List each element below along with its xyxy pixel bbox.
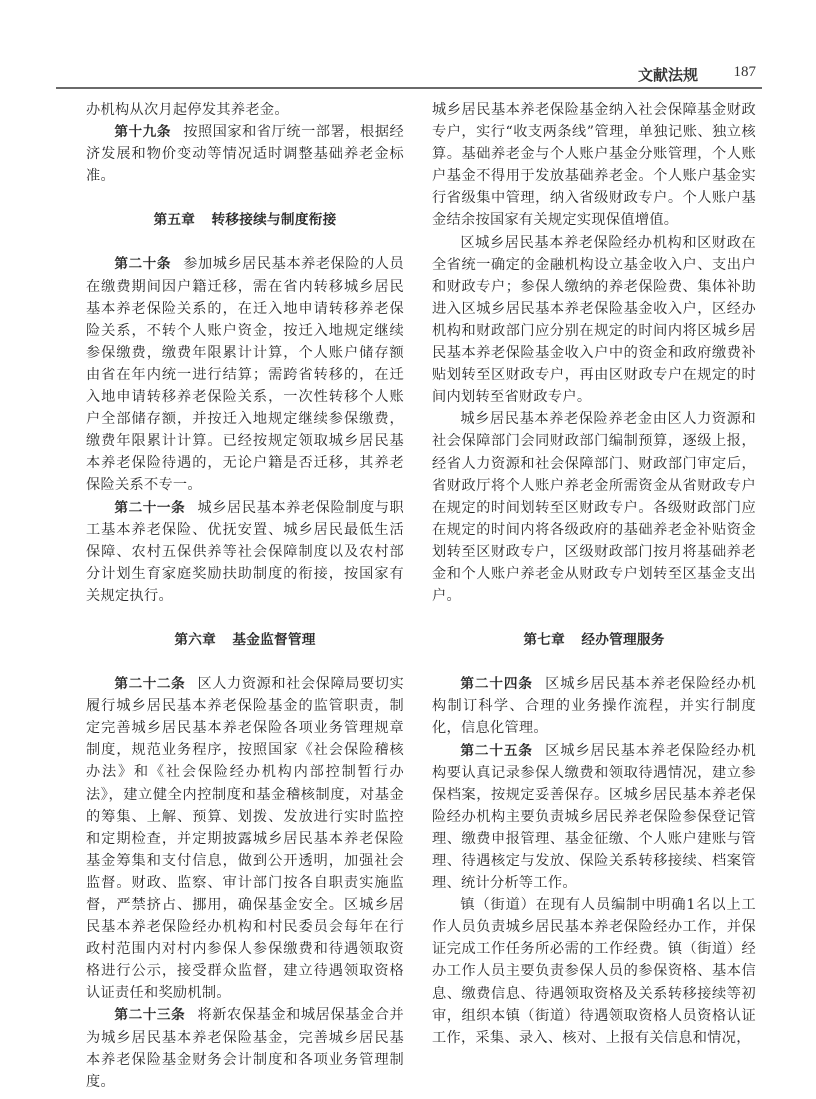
article-21: 第二十一条城乡居民基本养老保险制度与职工基本养老保险、优抚安置、城乡居民最低生活… (86, 497, 404, 607)
article-label: 第二十一条 (114, 500, 185, 516)
article-20: 第二十条参加城乡居民基本养老保险的人员在缴费期间因户籍迁移，需在省内转移城乡居民… (86, 253, 404, 496)
chapter-6-heading: 第六章基金监督管理 (86, 629, 404, 651)
left-column: 办机构从次月起停发其养老金。 第十九条按照国家和省厅统一部署，根据经济发展和物价… (86, 99, 404, 1093)
paragraph: 城乡居民基本养老保险养老金由区人力资源和社会保障部门会同财政部门编制预算，逐级上… (432, 408, 756, 607)
chapter-7-heading: 第七章经办管理服务 (432, 629, 756, 651)
paragraph-continuation: 办机构从次月起停发其养老金。 (86, 99, 404, 121)
page-header: 文献法规 187 (56, 58, 762, 89)
article-19: 第十九条按照国家和省厅统一部署，根据经济发展和物价变动等情况适时调整基础养老金标… (86, 121, 404, 187)
article-label: 第十九条 (114, 124, 171, 140)
page-number: 187 (734, 64, 757, 81)
right-column: 城乡居民基本养老保险基金纳入社会保障基金财政专户，实行“收支两条线”管理，单独记… (432, 99, 756, 1049)
article-label: 第二十三条 (114, 1007, 185, 1023)
article-text: 参加城乡居民基本养老保险的人员在缴费期间因户籍迁移，需在省内转移城乡居民基本养老… (86, 256, 404, 493)
chapter-title: 转移接续与制度衔接 (211, 212, 336, 228)
article-label: 第二十二条 (114, 676, 185, 692)
article-text: 区人力资源和社会保障局要切实履行城乡居民基本养老保险基金的监管职责，制定完善城乡… (86, 676, 419, 1001)
paragraph-continuation: 城乡居民基本养老保险基金纳入社会保障基金财政专户，实行“收支两条线”管理，单独记… (432, 99, 756, 232)
chapter-number: 第六章 (174, 632, 216, 648)
article-label: 第二十五条 (460, 743, 533, 759)
paragraph: 区城乡居民基本养老保险经办机构和区财政在全省统一确定的金融机构设立基金收入户、支… (432, 232, 756, 409)
article-24: 第二十四条区城乡居民基本养老保险经办机构制订科学、合理的业务操作流程，并实行制度… (432, 673, 756, 739)
paragraph: 镇（街道）在现有人员编制中明确1名以上工作人员负责城乡居民基本养老保险经办工作，… (432, 894, 756, 1049)
article-label: 第二十四条 (460, 676, 533, 692)
chapter-number: 第七章 (523, 632, 565, 648)
chapter-title: 经办管理服务 (581, 632, 664, 648)
chapter-number: 第五章 (153, 212, 195, 228)
article-22: 第二十二条区人力资源和社会保障局要切实履行城乡居民基本养老保险基金的监管职责，制… (86, 673, 404, 1004)
chapter-title: 基金监督管理 (232, 632, 315, 648)
section-title: 文献法规 (638, 64, 698, 85)
chapter-5-heading: 第五章转移接续与制度衔接 (86, 209, 404, 231)
article-23: 第二十三条将新农保基金和城居保基金合并为城乡居民基本养老保险基金，完善城乡居民基… (86, 1004, 404, 1092)
article-25: 第二十五条区城乡居民基本养老保险经办机构要认真记录参保人缴费和领取待遇情况，建立… (432, 740, 756, 895)
article-text: 区城乡居民基本养老保险经办机构要认真记录参保人缴费和领取待遇情况，建立参保档案，… (432, 743, 756, 892)
article-label: 第二十条 (114, 256, 171, 272)
